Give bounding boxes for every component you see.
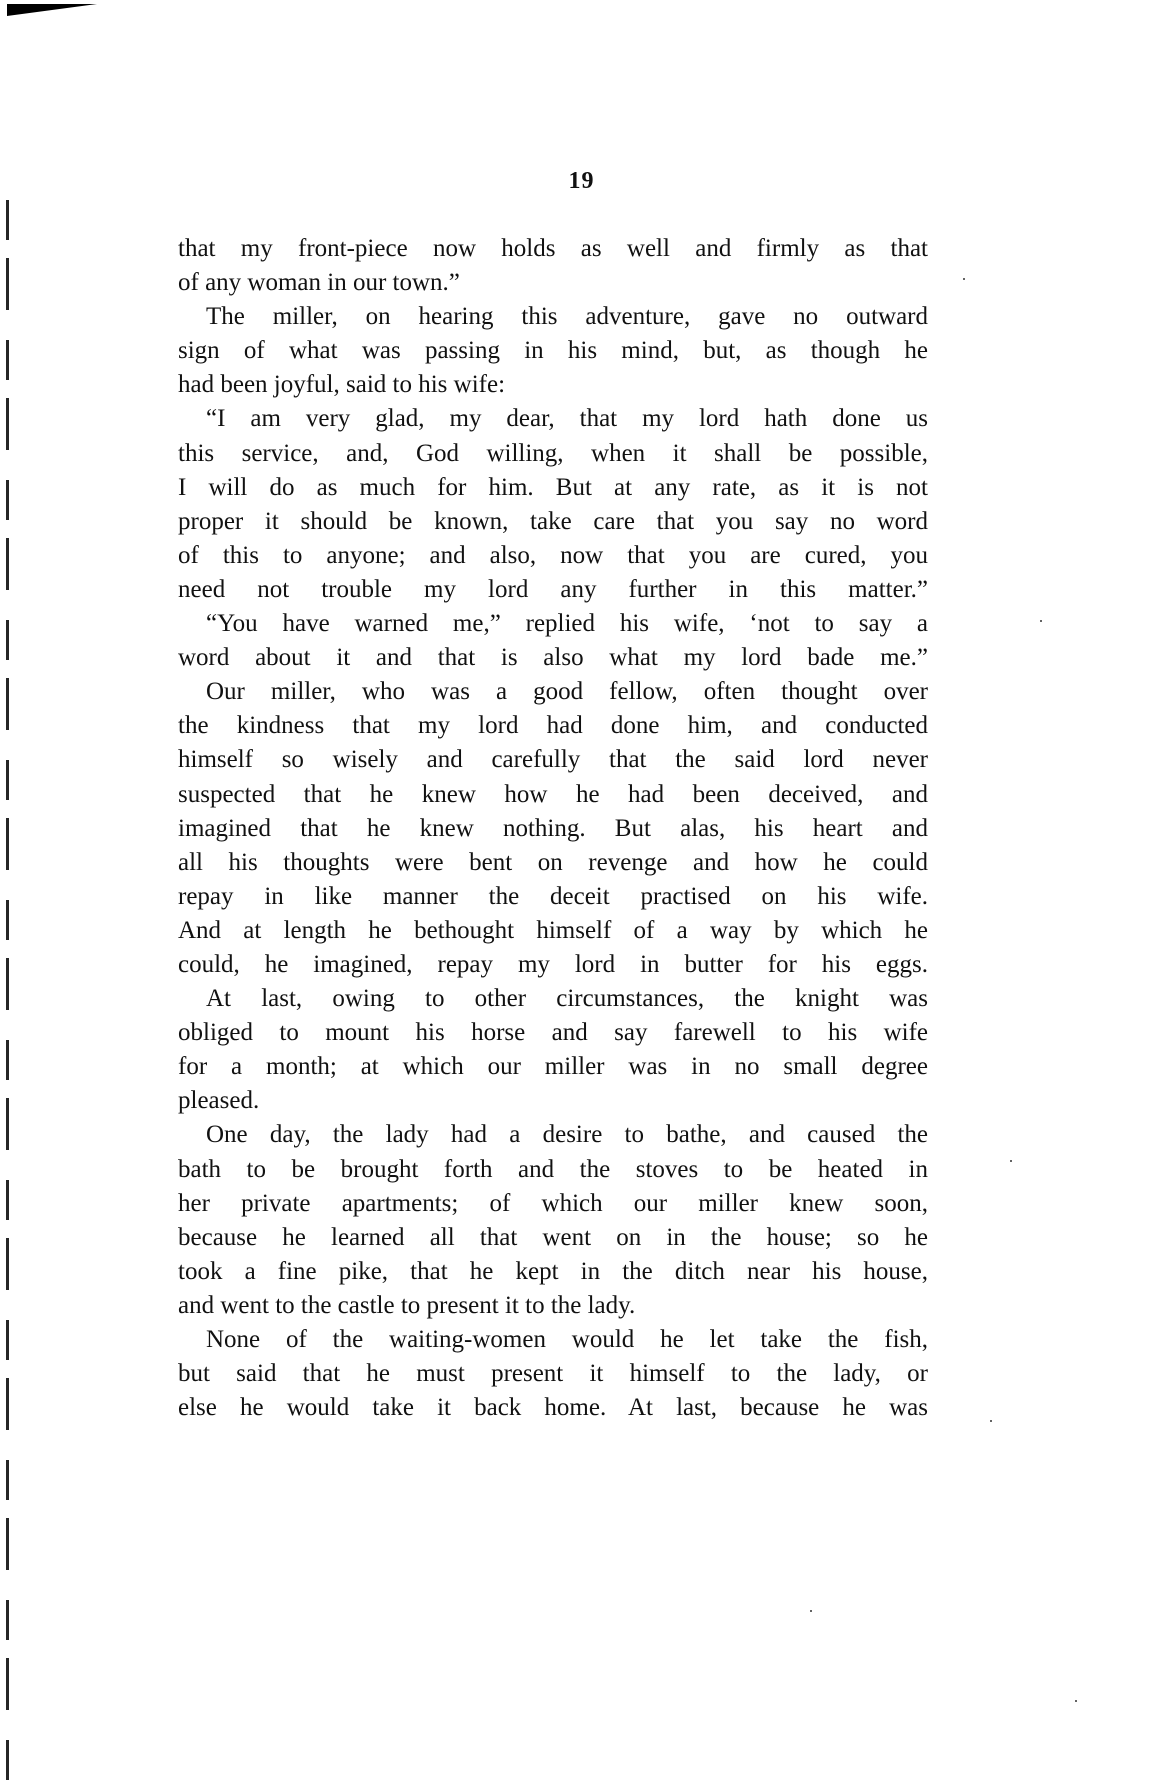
text-line: Our miller, who was a good fellow, often… bbox=[178, 675, 928, 709]
scan-artifact-binding-edge bbox=[6, 200, 9, 1790]
text-line: One day, the lady had a desire to bathe,… bbox=[178, 1118, 928, 1152]
text-line: the kindness that my lord had done him, … bbox=[178, 709, 928, 743]
text-line: had been joyful, said to his wife: bbox=[178, 368, 928, 402]
text-line: At last, owing to other circumstances, t… bbox=[178, 982, 928, 1016]
text-line: because he learned all that went on in t… bbox=[178, 1221, 928, 1255]
text-line: that my front-piece now holds as well an… bbox=[178, 232, 928, 266]
text-line: The miller, on hearing this adventure, g… bbox=[178, 300, 928, 334]
text-line: “I am very glad, my dear, that my lord h… bbox=[178, 402, 928, 436]
text-line: imagined that he knew nothing. But alas,… bbox=[178, 812, 928, 846]
text-line: proper it should be known, take care tha… bbox=[178, 505, 928, 539]
text-line: bath to be brought forth and the stoves … bbox=[178, 1153, 928, 1187]
scan-speck bbox=[990, 1420, 992, 1422]
text-line: I will do as much for him. But at any ra… bbox=[178, 471, 928, 505]
text-line: “You have warned me,” replied his wife, … bbox=[178, 607, 928, 641]
text-line: obliged to mount his horse and say farew… bbox=[178, 1016, 928, 1050]
text-line: pleased. bbox=[178, 1084, 928, 1118]
text-line: suspected that he knew how he had been d… bbox=[178, 778, 928, 812]
text-line: could, he imagined, repay my lord in but… bbox=[178, 948, 928, 982]
body-text: that my front-piece now holds as well an… bbox=[178, 232, 928, 1425]
scan-speck bbox=[1010, 1160, 1012, 1162]
text-line: need not trouble my lord any further in … bbox=[178, 573, 928, 607]
text-line: her private apartments; of which our mil… bbox=[178, 1187, 928, 1221]
text-line: of any woman in our town.” bbox=[178, 266, 928, 300]
scan-artifact-corner bbox=[7, 4, 97, 16]
text-line: himself so wisely and carefully that the… bbox=[178, 743, 928, 777]
text-line: and went to the castle to present it to … bbox=[178, 1289, 928, 1323]
text-line: word about it and that is also what my l… bbox=[178, 641, 928, 675]
text-line: sign of what was passing in his mind, bu… bbox=[178, 334, 928, 368]
text-line: And at length he bethought himself of a … bbox=[178, 914, 928, 948]
text-line: repay in like manner the deceit practise… bbox=[178, 880, 928, 914]
text-line: for a month; at which our miller was in … bbox=[178, 1050, 928, 1084]
scan-speck bbox=[1040, 620, 1042, 622]
scan-speck bbox=[810, 1610, 812, 1612]
text-line: all his thoughts were bent on revenge an… bbox=[178, 846, 928, 880]
page-number: 19 bbox=[0, 168, 1163, 195]
scan-speck bbox=[1075, 1700, 1077, 1702]
text-line: of this to anyone; and also, now that yo… bbox=[178, 539, 928, 573]
text-line: but said that he must present it himself… bbox=[178, 1357, 928, 1391]
text-line: took a fine pike, that he kept in the di… bbox=[178, 1255, 928, 1289]
text-line: None of the waiting-women would he let t… bbox=[178, 1323, 928, 1357]
text-line: else he would take it back home. At last… bbox=[178, 1391, 928, 1425]
text-line: this service, and, God willing, when it … bbox=[178, 437, 928, 471]
scan-speck bbox=[963, 278, 965, 280]
